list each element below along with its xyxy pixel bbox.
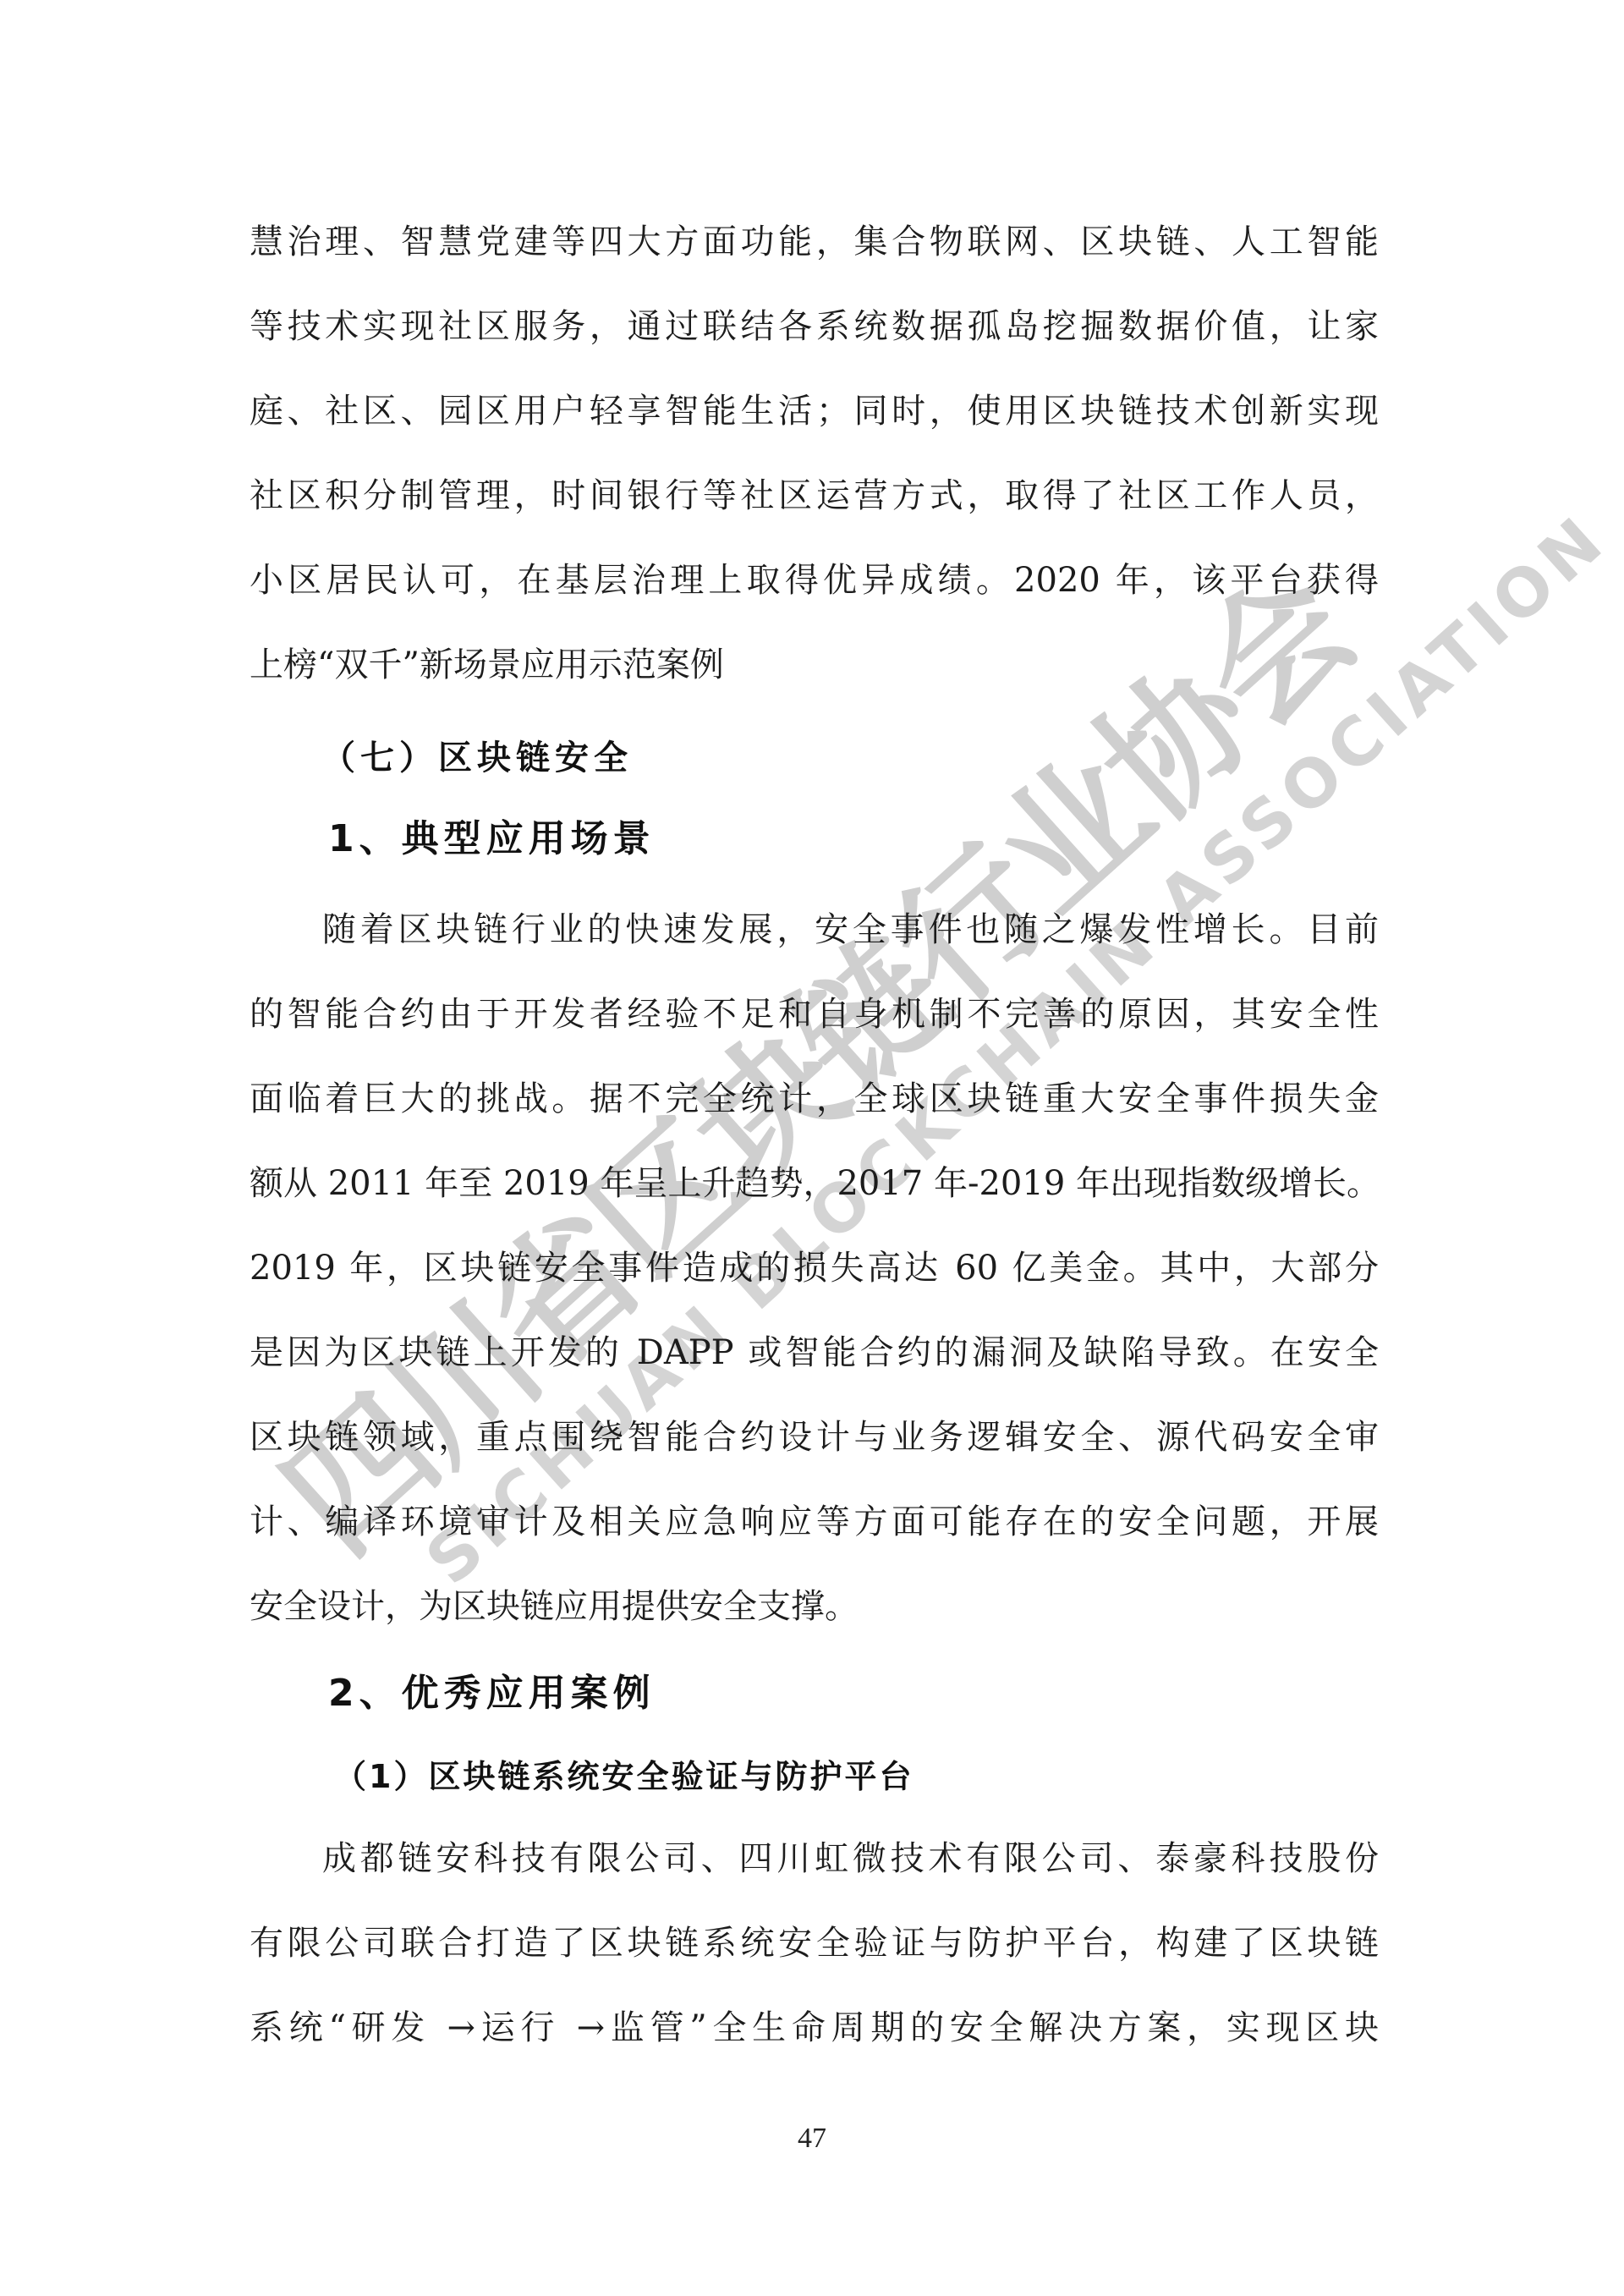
section-heading: （七）区块链安全 (321, 738, 633, 778)
paragraph-line: 等技术实现社区服务，通过联结各系统数据孤岛挖掘数据价值，让家 (250, 306, 1379, 347)
paragraph-line: 慧治理、智慧党建等四大方面功能，集合物联网、区块链、人工智能 (250, 222, 1379, 262)
paragraph-line: 面临着巨大的挑战。据不完全统计，全球区块链重大安全事件损失金 (250, 1079, 1379, 1119)
paragraph-line: 庭、社区、园区用户轻享智能生活；同时，使用区块链技术创新实现 (250, 391, 1379, 431)
paragraph-line: 小区居民认可，在基层治理上取得优异成绩。2020 年，该平台获得 (250, 560, 1379, 601)
paragraph-line: 随着区块链行业的快速发展，安全事件也随之爆发性增长。目前 (322, 909, 1379, 950)
paragraph-line: 是因为区块链上开发的 DAPP 或智能合约的漏洞及缺陷导致。在安全 (250, 1332, 1379, 1373)
paragraph-line: 计、编译环境审计及相关应急响应等方面可能存在的安全问题，开展 (250, 1502, 1379, 1542)
subsection-heading-excellent-cases: 2、优秀应用案例 (328, 1672, 656, 1716)
subsection-heading-typical-scenarios: 1、典型应用场景 (328, 817, 656, 861)
paragraph-line: 系统“研发 →运行 →监管”全生命周期的安全解决方案，实现区块 (250, 2008, 1379, 2048)
paragraph-line: 安全设计，为区块链应用提供安全支撑。 (250, 1586, 1379, 1627)
paragraph-line: 的智能合约由于开发者经验不足和自身机制不完善的原因，其安全性 (250, 994, 1379, 1035)
paragraph-line: 区块链领域，重点围绕智能合约设计与业务逻辑安全、源代码安全审 (250, 1417, 1379, 1458)
paragraph-line: 额从 2011 年至 2019 年呈上升趋势，2017 年-2019 年出现指数… (250, 1163, 1379, 1204)
paragraph-line: 上榜“双千”新场景应用示范案例 (250, 645, 1379, 685)
paragraph-line: 成都链安科技有限公司、四川虹微技术有限公司、泰豪科技股份 (322, 1838, 1379, 1879)
page-number: 47 (0, 2122, 1624, 2156)
page-content: 慧治理、智慧党建等四大方面功能，集合物联网、区块链、人工智能 等技术实现社区服务… (0, 0, 1624, 2296)
paragraph-line: 有限公司联合打造了区块链系统安全验证与防护平台，构建了区块链 (250, 1923, 1379, 1964)
paragraph-line: 2019 年，区块链安全事件造成的损失高达 60 亿美金。其中，大部分 (250, 1248, 1379, 1288)
document-page: 四川省区块链行业协会 SICHUAN BLOCKCHAIN ASSOCIATIO… (0, 0, 1624, 2296)
paragraph-line: 社区积分制管理，时间银行等社区运营方式，取得了社区工作人员， (250, 475, 1379, 516)
case-heading: （1）区块链系统安全验证与防护平台 (334, 1757, 913, 1796)
